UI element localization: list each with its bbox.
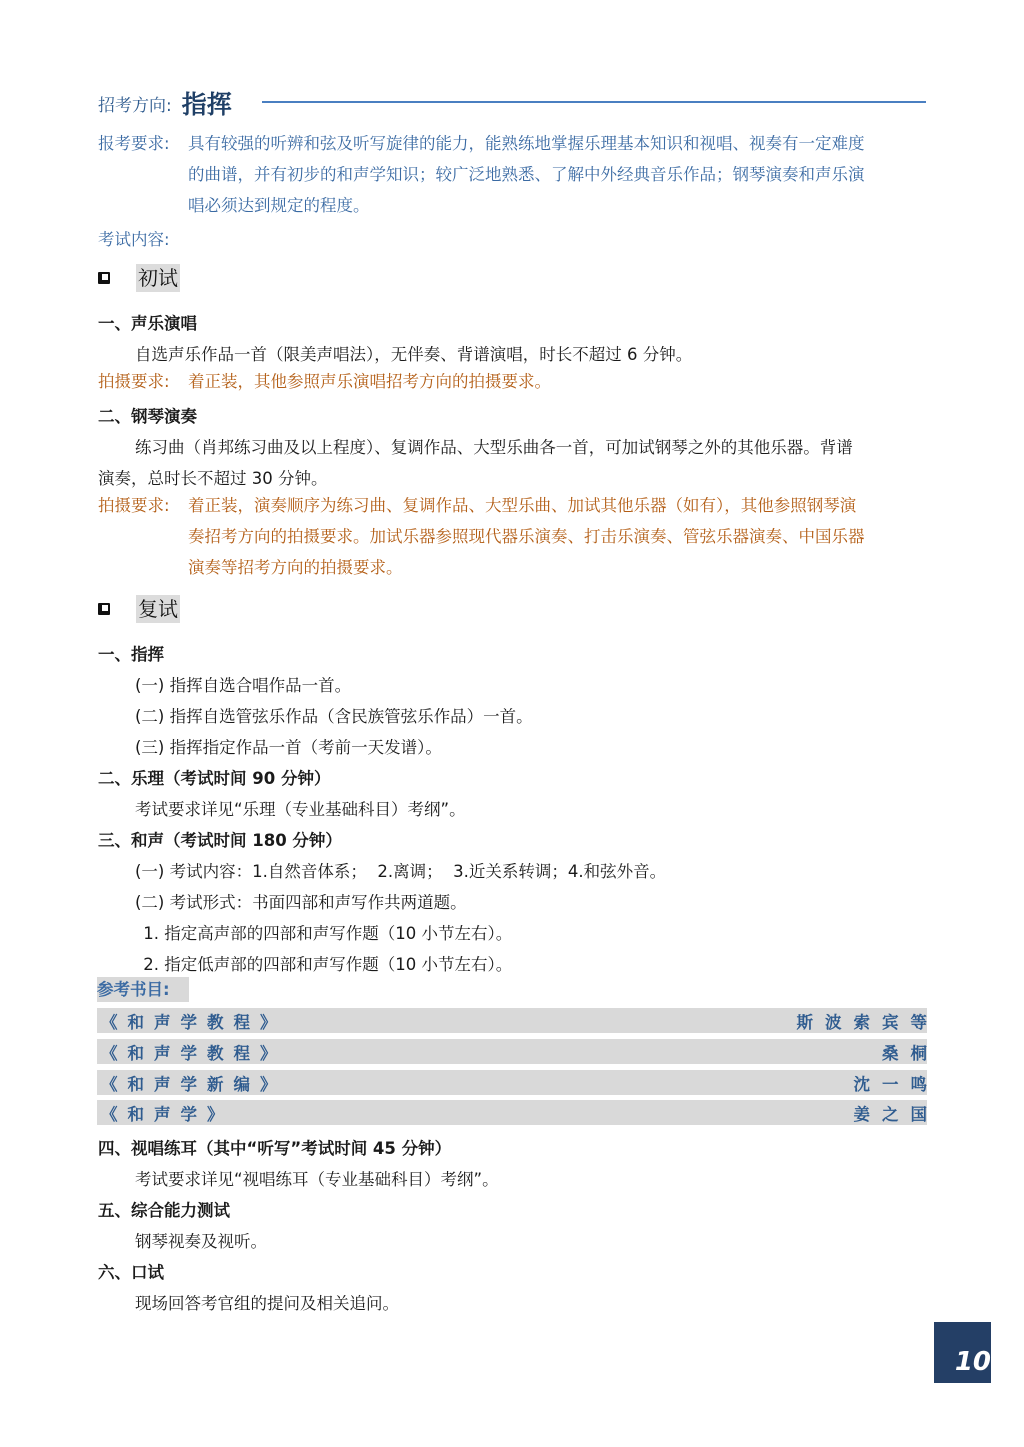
direction-label: 招考方向:	[98, 91, 172, 116]
checkbox-square-icon	[98, 272, 110, 284]
photo-line: 着正装，演奏顺序为练习曲、复调作品、大型乐曲、加试其他乐器（如有），其他参照钢琴…	[188, 490, 928, 521]
book-title: 《和声学教程》	[97, 1009, 287, 1033]
section-final: 复试	[98, 594, 180, 624]
item-text: (三) 指挥指定作品一首（考前一天发谱）。	[135, 734, 442, 758]
reference-row: 《和声学新编》 沈一鸣	[97, 1070, 927, 1095]
reference-row: 《和声学》 姜之国	[97, 1100, 927, 1125]
item-heading: 六、口试	[98, 1259, 164, 1283]
page-header: 招考方向: 指挥	[98, 86, 232, 120]
item-text: 自选声乐作品一首（限美声唱法），无伴奏、背谱演唱，时长不超过 6 分钟。	[135, 341, 692, 365]
item-heading: 三、和声（考试时间 180 分钟）	[98, 827, 342, 851]
item-text: 2. 指定低声部的四部和声写作题（10 小节左右）。	[138, 951, 512, 975]
item-text: 1. 指定高声部的四部和声写作题（10 小节左右）。	[138, 920, 512, 944]
reference-row: 《和声学教程》 斯波索宾等	[97, 1008, 927, 1033]
header-rule	[262, 101, 926, 103]
book-author: 桑桐	[882, 1040, 939, 1064]
item-text: 现场回答考官组的提问及相关追问。	[135, 1290, 399, 1314]
photo-line: 奏招考方向的拍摄要求。加试乐器参照现代器乐演奏、打击乐演奏、管弦乐器演奏、中国乐…	[188, 521, 928, 552]
item-text: (二) 考试形式：书面四部和声写作共两道题。	[135, 889, 467, 913]
item-text: 演奏，总时长不超过 30 分钟。	[98, 465, 328, 489]
section-title: 复试	[136, 595, 180, 623]
item-text: (一) 考试内容：1.自然音体系； 2.离调； 3.近关系转调；4.和弦外音。	[135, 858, 666, 882]
references-label: 参考书目:	[97, 977, 189, 1002]
item-text: 考试要求详见“乐理（专业基础科目）考纲”。	[135, 796, 466, 820]
item-heading: 一、指挥	[98, 641, 164, 665]
checkbox-square-icon	[98, 603, 110, 615]
reference-row: 《和声学教程》 桑桐	[97, 1039, 927, 1064]
item-text: 练习曲（肖邦练习曲及以上程度）、复调作品、大型乐曲各一首，可加试钢琴之外的其他乐…	[135, 434, 853, 458]
photo-label: 拍摄要求:	[98, 366, 170, 397]
photo-label: 拍摄要求:	[98, 490, 170, 521]
requirements-line: 唱必须达到规定的程度。	[188, 190, 928, 221]
item-text: 钢琴视奏及视听。	[135, 1228, 267, 1252]
book-title: 《和声学教程》	[97, 1040, 287, 1064]
section-preliminary: 初试	[98, 263, 180, 293]
requirements-line: 具有较强的听辨和弦及听写旋律的能力，能熟练地掌握乐理基本知识和视唱、视奏有一定难…	[188, 128, 928, 159]
photo-line: 着正装，其他参照声乐演唱招考方向的拍摄要求。	[188, 366, 928, 397]
requirements-line: 的曲谱，并有初步的和声学知识；较广泛地熟悉、了解中外经典音乐作品；钢琴演奏和声乐…	[188, 159, 928, 190]
item-heading: 五、综合能力测试	[98, 1197, 230, 1221]
item-text: (二) 指挥自选管弦乐作品（含民族管弦乐作品）一首。	[135, 703, 533, 727]
page-number: 10	[934, 1322, 991, 1383]
photo-line: 演奏等招考方向的拍摄要求。	[188, 552, 928, 583]
requirements-label: 报考要求:	[98, 128, 170, 159]
direction-title: 指挥	[182, 85, 232, 121]
book-title: 《和声学新编》	[97, 1071, 287, 1095]
book-author: 沈一鸣	[854, 1071, 940, 1095]
section-title: 初试	[136, 264, 180, 292]
book-author: 姜之国	[854, 1101, 940, 1125]
book-author: 斯波索宾等	[797, 1009, 940, 1033]
item-text: (一) 指挥自选合唱作品一首。	[135, 672, 351, 696]
item-heading: 二、钢琴演奏	[98, 403, 197, 427]
item-text: 考试要求详见“视唱练耳（专业基础科目）考纲”。	[135, 1166, 499, 1190]
item-heading: 二、乐理（考试时间 90 分钟）	[98, 765, 330, 789]
content-label: 考试内容:	[98, 226, 170, 250]
item-heading: 一、声乐演唱	[98, 310, 197, 334]
book-title: 《和声学》	[97, 1101, 234, 1125]
item-heading: 四、视唱练耳（其中“听写”考试时间 45 分钟）	[98, 1135, 451, 1159]
